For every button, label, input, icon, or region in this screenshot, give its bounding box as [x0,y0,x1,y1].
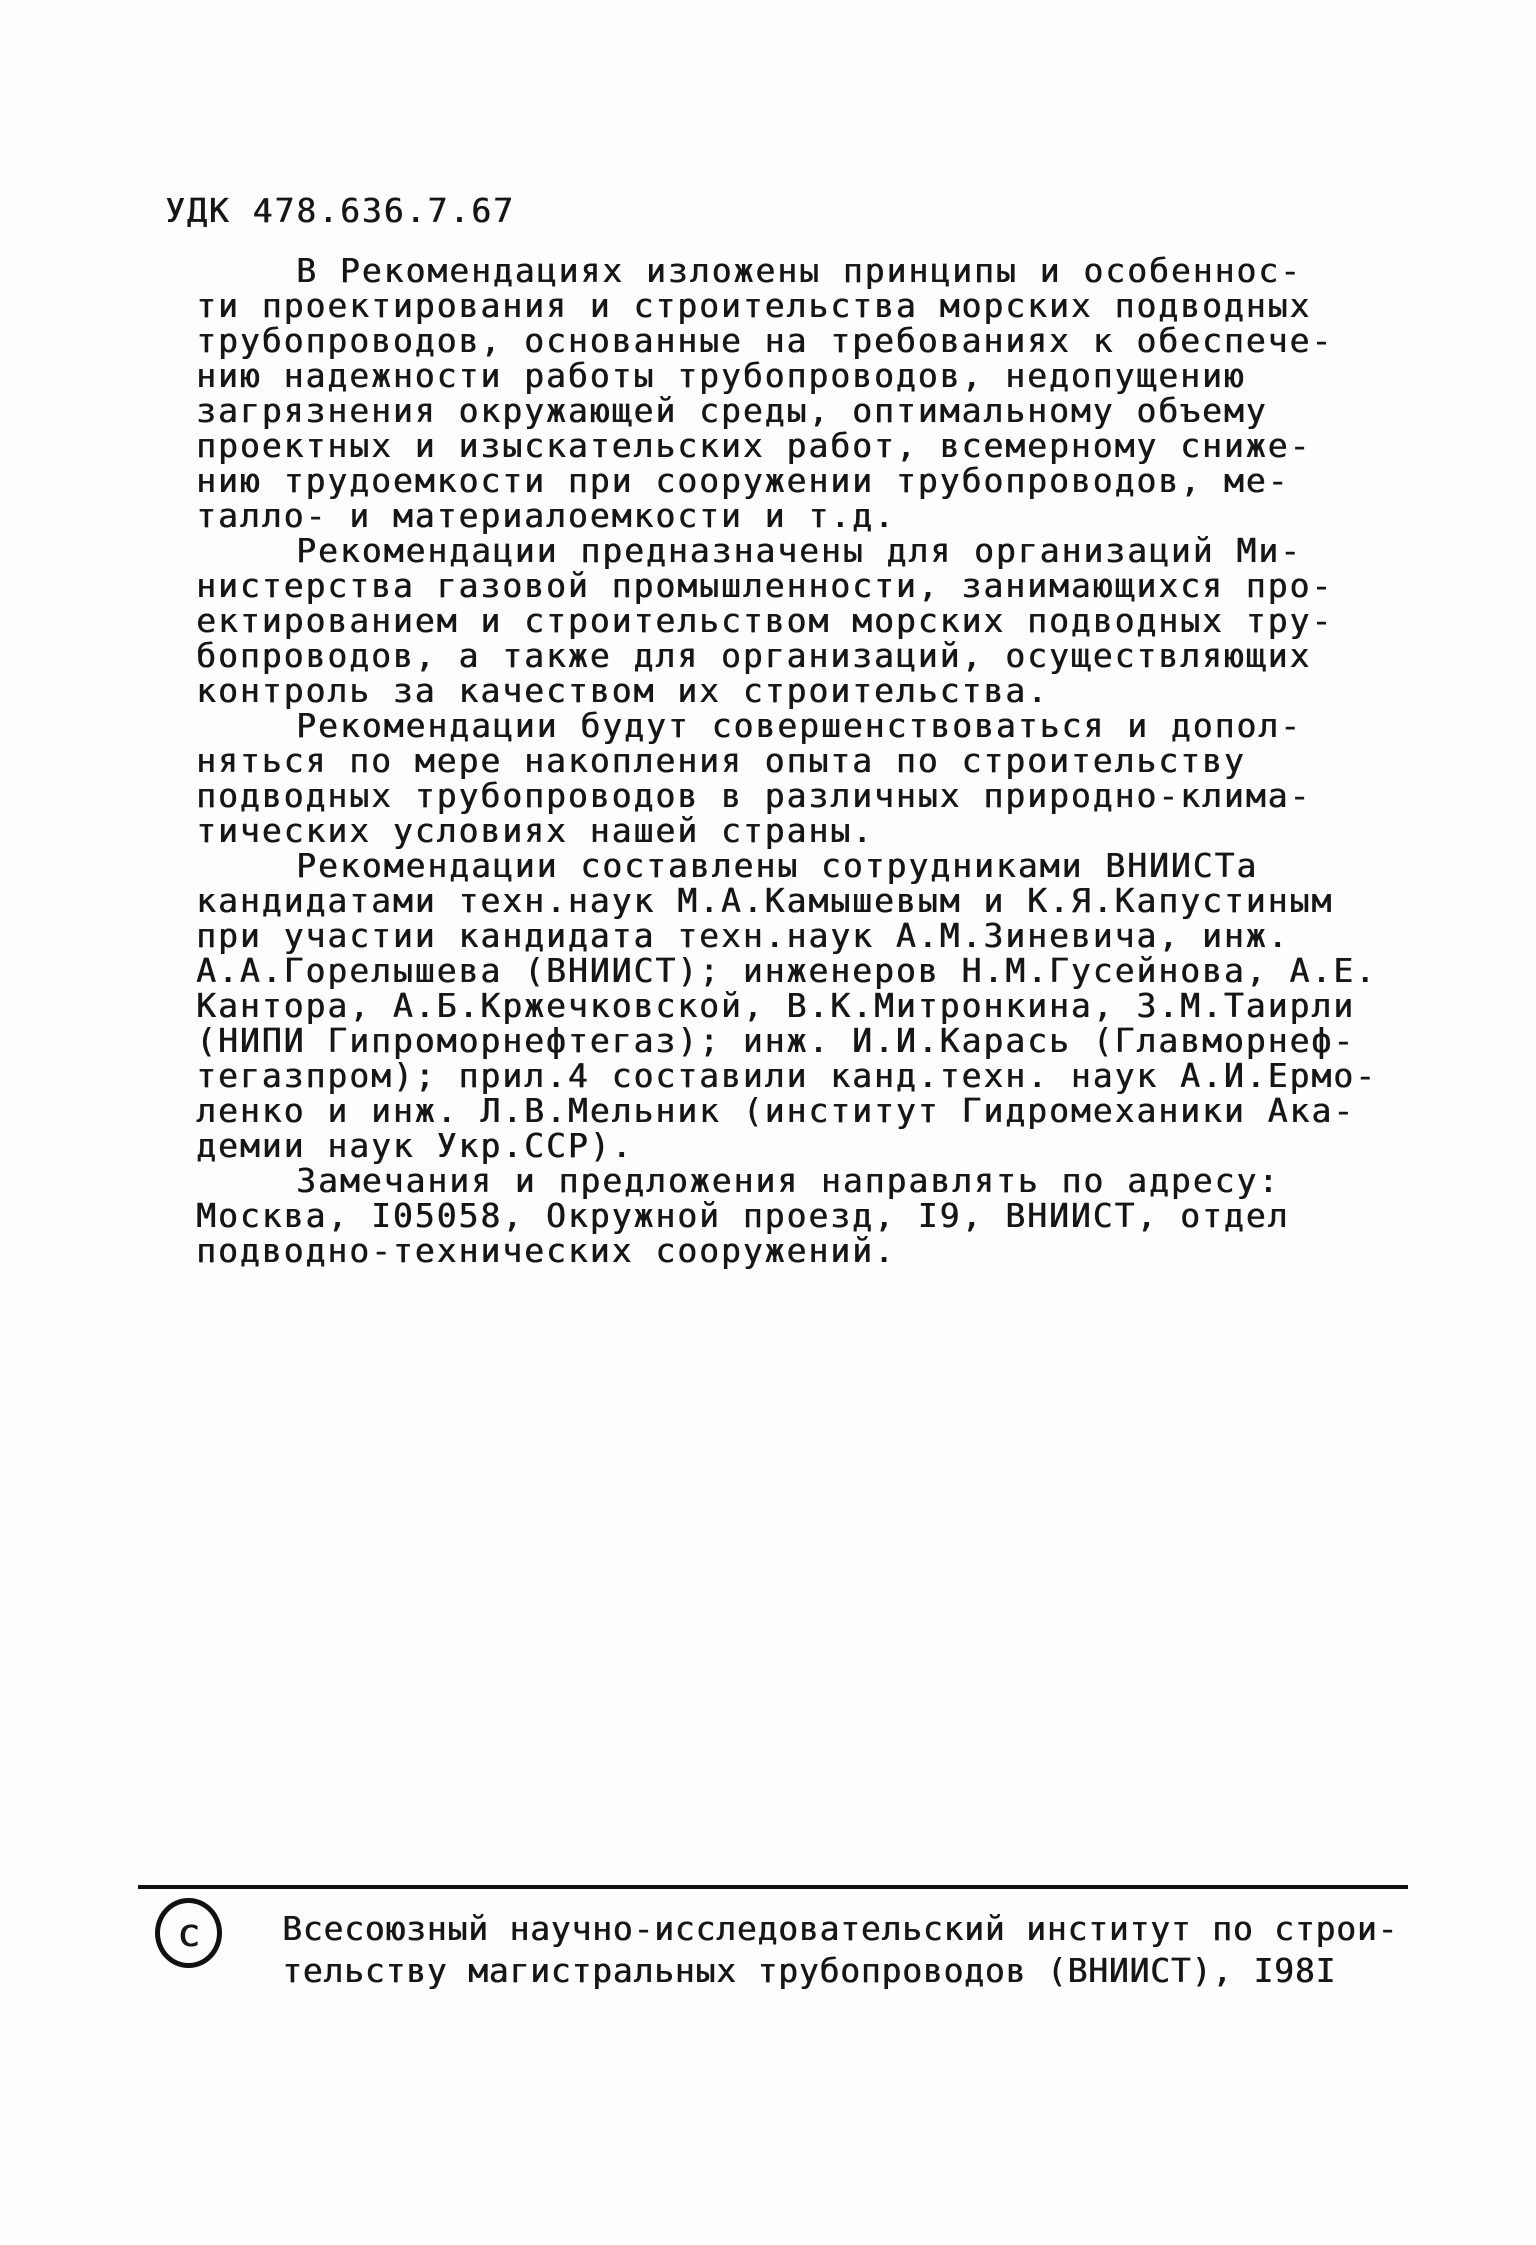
udk-classification-code: УДК 478.636.7.67 [165,192,515,230]
text-line: Рекомендации предназначены для организац… [196,533,1386,568]
divider-line [138,1885,1408,1889]
text-line: Кантора, А.Б.Кржечковской, В.К.Митронкин… [196,988,1386,1023]
document-body: В Рекомендациях изложены принципы и особ… [196,253,1386,1268]
text-line: (НИПИ Гипроморнефтегаз); инж. И.И.Карась… [196,1023,1386,1058]
paragraph: В Рекомендациях изложены принципы и особ… [196,253,1386,533]
copyright-text: Всесоюзный научно-исследовательский инст… [282,1908,1398,1992]
text-line: кандидатами техн.наук М.А.Камышевым и К.… [196,883,1386,918]
text-line: Рекомендации составлены сотрудниками ВНИ… [196,848,1386,883]
text-line: нию надежности работы трубопроводов, нед… [196,358,1386,393]
text-line: ектированием и строительством морских по… [196,603,1386,638]
text-line: подводно-технических сооружений. [196,1233,1386,1268]
text-line: няться по мере накопления опыта по строи… [196,743,1386,778]
paragraph: Рекомендации составлены сотрудниками ВНИ… [196,848,1386,1163]
text-line: демии наук Укр.ССР). [196,1128,1386,1163]
text-line: загрязнения окружающей среды, оптимально… [196,393,1386,428]
text-line: А.А.Горелышева (ВНИИСТ); инженеров Н.М.Г… [196,953,1386,988]
text-line: Москва, I05058, Окружной проезд, I9, ВНИ… [196,1198,1386,1233]
text-line: контроль за качеством их строительства. [196,673,1386,708]
copyright-symbol-icon: с [155,1898,222,1968]
text-line: Замечания и предложения направлять по ад… [196,1163,1386,1198]
paragraph: Рекомендации будут совершенствоваться и … [196,708,1386,848]
text-line: ленко и инж. Л.В.Мельник (институт Гидро… [196,1093,1386,1128]
text-line: В Рекомендациях изложены принципы и особ… [196,253,1386,288]
paragraph: Замечания и предложения направлять по ад… [196,1163,1386,1268]
copyright-letter: с [177,1914,200,1952]
scanned-document-page: УДК 478.636.7.67 В Рекомендациях изложен… [0,0,1536,2245]
text-line: ти проектирования и строительства морски… [196,288,1386,323]
text-line: при участии кандидата техн.наук А.М.Зине… [196,918,1386,953]
text-line: бопроводов, а также для организаций, осу… [196,638,1386,673]
paragraph: Рекомендации предназначены для организац… [196,533,1386,708]
copyright-line: Всесоюзный научно-исследовательский инст… [282,1908,1398,1950]
text-line: нистерства газовой промышленности, заним… [196,568,1386,603]
text-line: тических условиях нашей страны. [196,813,1386,848]
text-line: тегазпром); прил.4 составили канд.техн. … [196,1058,1386,1093]
text-line: Рекомендации будут совершенствоваться и … [196,708,1386,743]
copyright-line: тельству магистральных трубопроводов (ВН… [282,1950,1398,1992]
text-line: талло- и материалоемкости и т.д. [196,498,1386,533]
text-line: проектных и изыскательских работ, всемер… [196,428,1386,463]
text-line: трубопроводов, основанные на требованиях… [196,323,1386,358]
text-line: подводных трубопроводов в различных прир… [196,778,1386,813]
text-line: нию трудоемкости при сооружении трубопро… [196,463,1386,498]
